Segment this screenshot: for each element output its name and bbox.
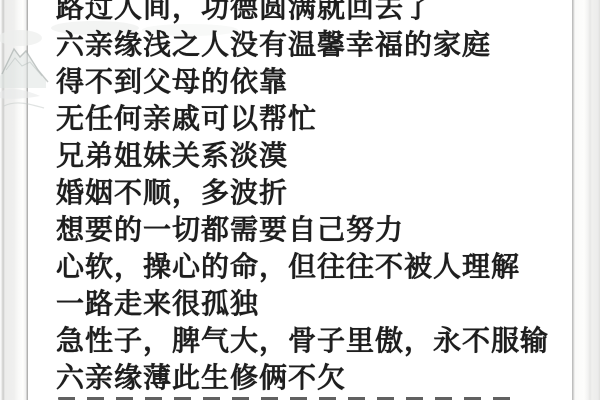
text-line: 婚姻不顺，多波折: [56, 174, 549, 211]
text-line: 六亲缘薄此生修俩不欠: [56, 359, 549, 396]
text-line: 无任何亲戚可以帮忙: [56, 100, 549, 137]
text-line: 心软，操心的命，但往往不被人理解: [56, 248, 549, 285]
text-line: 得不到父母的依靠: [56, 63, 549, 100]
text-line: 想要的一切都需要自己努力: [56, 211, 549, 248]
text-page-screen: 路过人间，功德圆满就回去了 六亲缘浅之人没有温馨幸福的家庭 得不到父母的依靠 无…: [0, 0, 600, 400]
text-line: 兄弟姐妹关系淡漠: [56, 137, 549, 174]
text-line: 一路走来很孤独: [56, 285, 549, 322]
right-page-edge: [572, 0, 600, 400]
text-line: 六亲缘浅之人没有温馨幸福的家庭: [56, 26, 549, 63]
fortune-text-block: 路过人间，功德圆满就回去了 六亲缘浅之人没有温馨幸福的家庭 得不到父母的依靠 无…: [56, 0, 549, 396]
text-line: 路过人间，功德圆满就回去了: [56, 0, 549, 26]
text-line: 急性子，脾气大，骨子里傲，永不服输: [56, 322, 549, 359]
left-page-edge: [0, 0, 28, 400]
